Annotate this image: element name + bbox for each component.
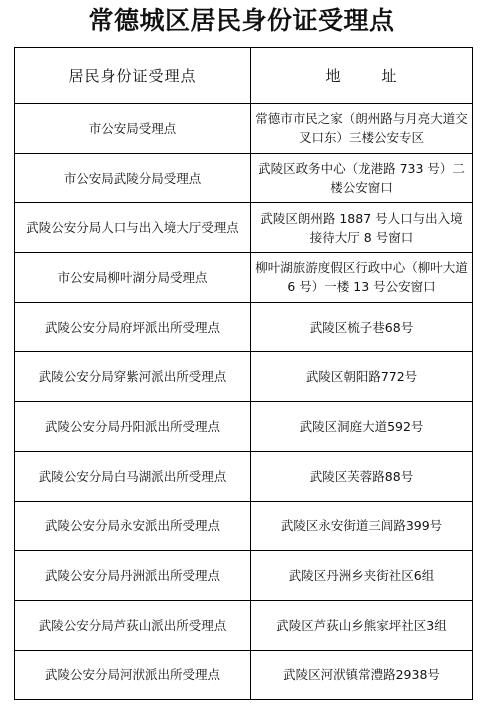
table-row: 市公安局受理点 常德市市民之家（朗州路与月亮大道交叉口东）三楼公安专区 [15,104,473,154]
table-row: 武陵公安分局永安派出所受理点 武陵区永安街道三闾路399号 [15,501,473,551]
acceptance-point-address: 武陵区丹洲乡夹街社区6组 [251,551,473,601]
acceptance-point-address: 武陵区政务中心（龙港路 733 号）二楼公安窗口 [251,153,473,203]
acceptance-point-name: 市公安局受理点 [15,104,251,154]
acceptance-point-name: 武陵公安分局芦荻山派出所受理点 [15,600,251,650]
table-row: 武陵公安分局穿紫河派出所受理点 武陵区朝阳路772号 [15,352,473,402]
acceptance-point-address: 武陵区朗州路 1887 号人口与出入境接待大厅 8 号窗口 [251,203,473,253]
header-address-part2: 址 [382,65,398,86]
table-row: 武陵公安分局人口与出入境大厅受理点 武陵区朗州路 1887 号人口与出入境接待大… [15,203,473,253]
acceptance-point-address: 武陵区芙蓉路88号 [251,451,473,501]
page-title: 常德城区居民身份证受理点 [0,4,483,38]
acceptance-point-name: 武陵公安分局府坪派出所受理点 [15,302,251,352]
acceptance-point-name: 武陵公安分局永安派出所受理点 [15,501,251,551]
acceptance-point-name: 武陵公安分局河洑派出所受理点 [15,650,251,700]
acceptance-point-name: 武陵公安分局丹洲派出所受理点 [15,551,251,601]
acceptance-point-address: 武陵区芦荻山乡熊家坪社区3组 [251,600,473,650]
table-row: 武陵公安分局河洑派出所受理点 武陵区河洑镇常澧路2938号 [15,650,473,700]
table-row: 武陵公安分局芦荻山派出所受理点 武陵区芦荻山乡熊家坪社区3组 [15,600,473,650]
acceptance-point-address: 柳叶湖旅游度假区行政中心（柳叶大道 6 号）一楼 13 号公安窗口 [251,253,473,303]
acceptance-point-name: 武陵公安分局穿紫河派出所受理点 [15,352,251,402]
acceptance-point-address: 武陵区梳子巷68号 [251,302,473,352]
table-row: 武陵公安分局白马湖派出所受理点 武陵区芙蓉路88号 [15,451,473,501]
header-acceptance-point: 居民身份证受理点 [15,48,251,104]
acceptance-points-table: 居民身份证受理点 地址 市公安局受理点 常德市市民之家（朗州路与月亮大道交叉口东… [14,47,473,700]
table-header-row: 居民身份证受理点 地址 [15,48,473,104]
table-row: 市公安局柳叶湖分局受理点 柳叶湖旅游度假区行政中心（柳叶大道 6 号）一楼 13… [15,253,473,303]
acceptance-point-address: 武陵区洞庭大道592号 [251,402,473,452]
acceptance-point-address: 武陵区朝阳路772号 [251,352,473,402]
table-row: 武陵公安分局府坪派出所受理点 武陵区梳子巷68号 [15,302,473,352]
acceptance-point-name: 市公安局武陵分局受理点 [15,153,251,203]
acceptance-point-address: 武陵区河洑镇常澧路2938号 [251,650,473,700]
acceptance-point-address: 常德市市民之家（朗州路与月亮大道交叉口东）三楼公安专区 [251,104,473,154]
acceptance-point-name: 武陵公安分局人口与出入境大厅受理点 [15,203,251,253]
acceptance-point-name: 武陵公安分局丹阳派出所受理点 [15,402,251,452]
table-row: 市公安局武陵分局受理点 武陵区政务中心（龙港路 733 号）二楼公安窗口 [15,153,473,203]
header-address-part1: 地 [325,65,341,86]
table-row: 武陵公安分局丹洲派出所受理点 武陵区丹洲乡夹街社区6组 [15,551,473,601]
acceptance-point-name: 市公安局柳叶湖分局受理点 [15,253,251,303]
table-row: 武陵公安分局丹阳派出所受理点 武陵区洞庭大道592号 [15,402,473,452]
header-address: 地址 [251,48,473,104]
acceptance-point-name: 武陵公安分局白马湖派出所受理点 [15,451,251,501]
acceptance-point-address: 武陵区永安街道三闾路399号 [251,501,473,551]
